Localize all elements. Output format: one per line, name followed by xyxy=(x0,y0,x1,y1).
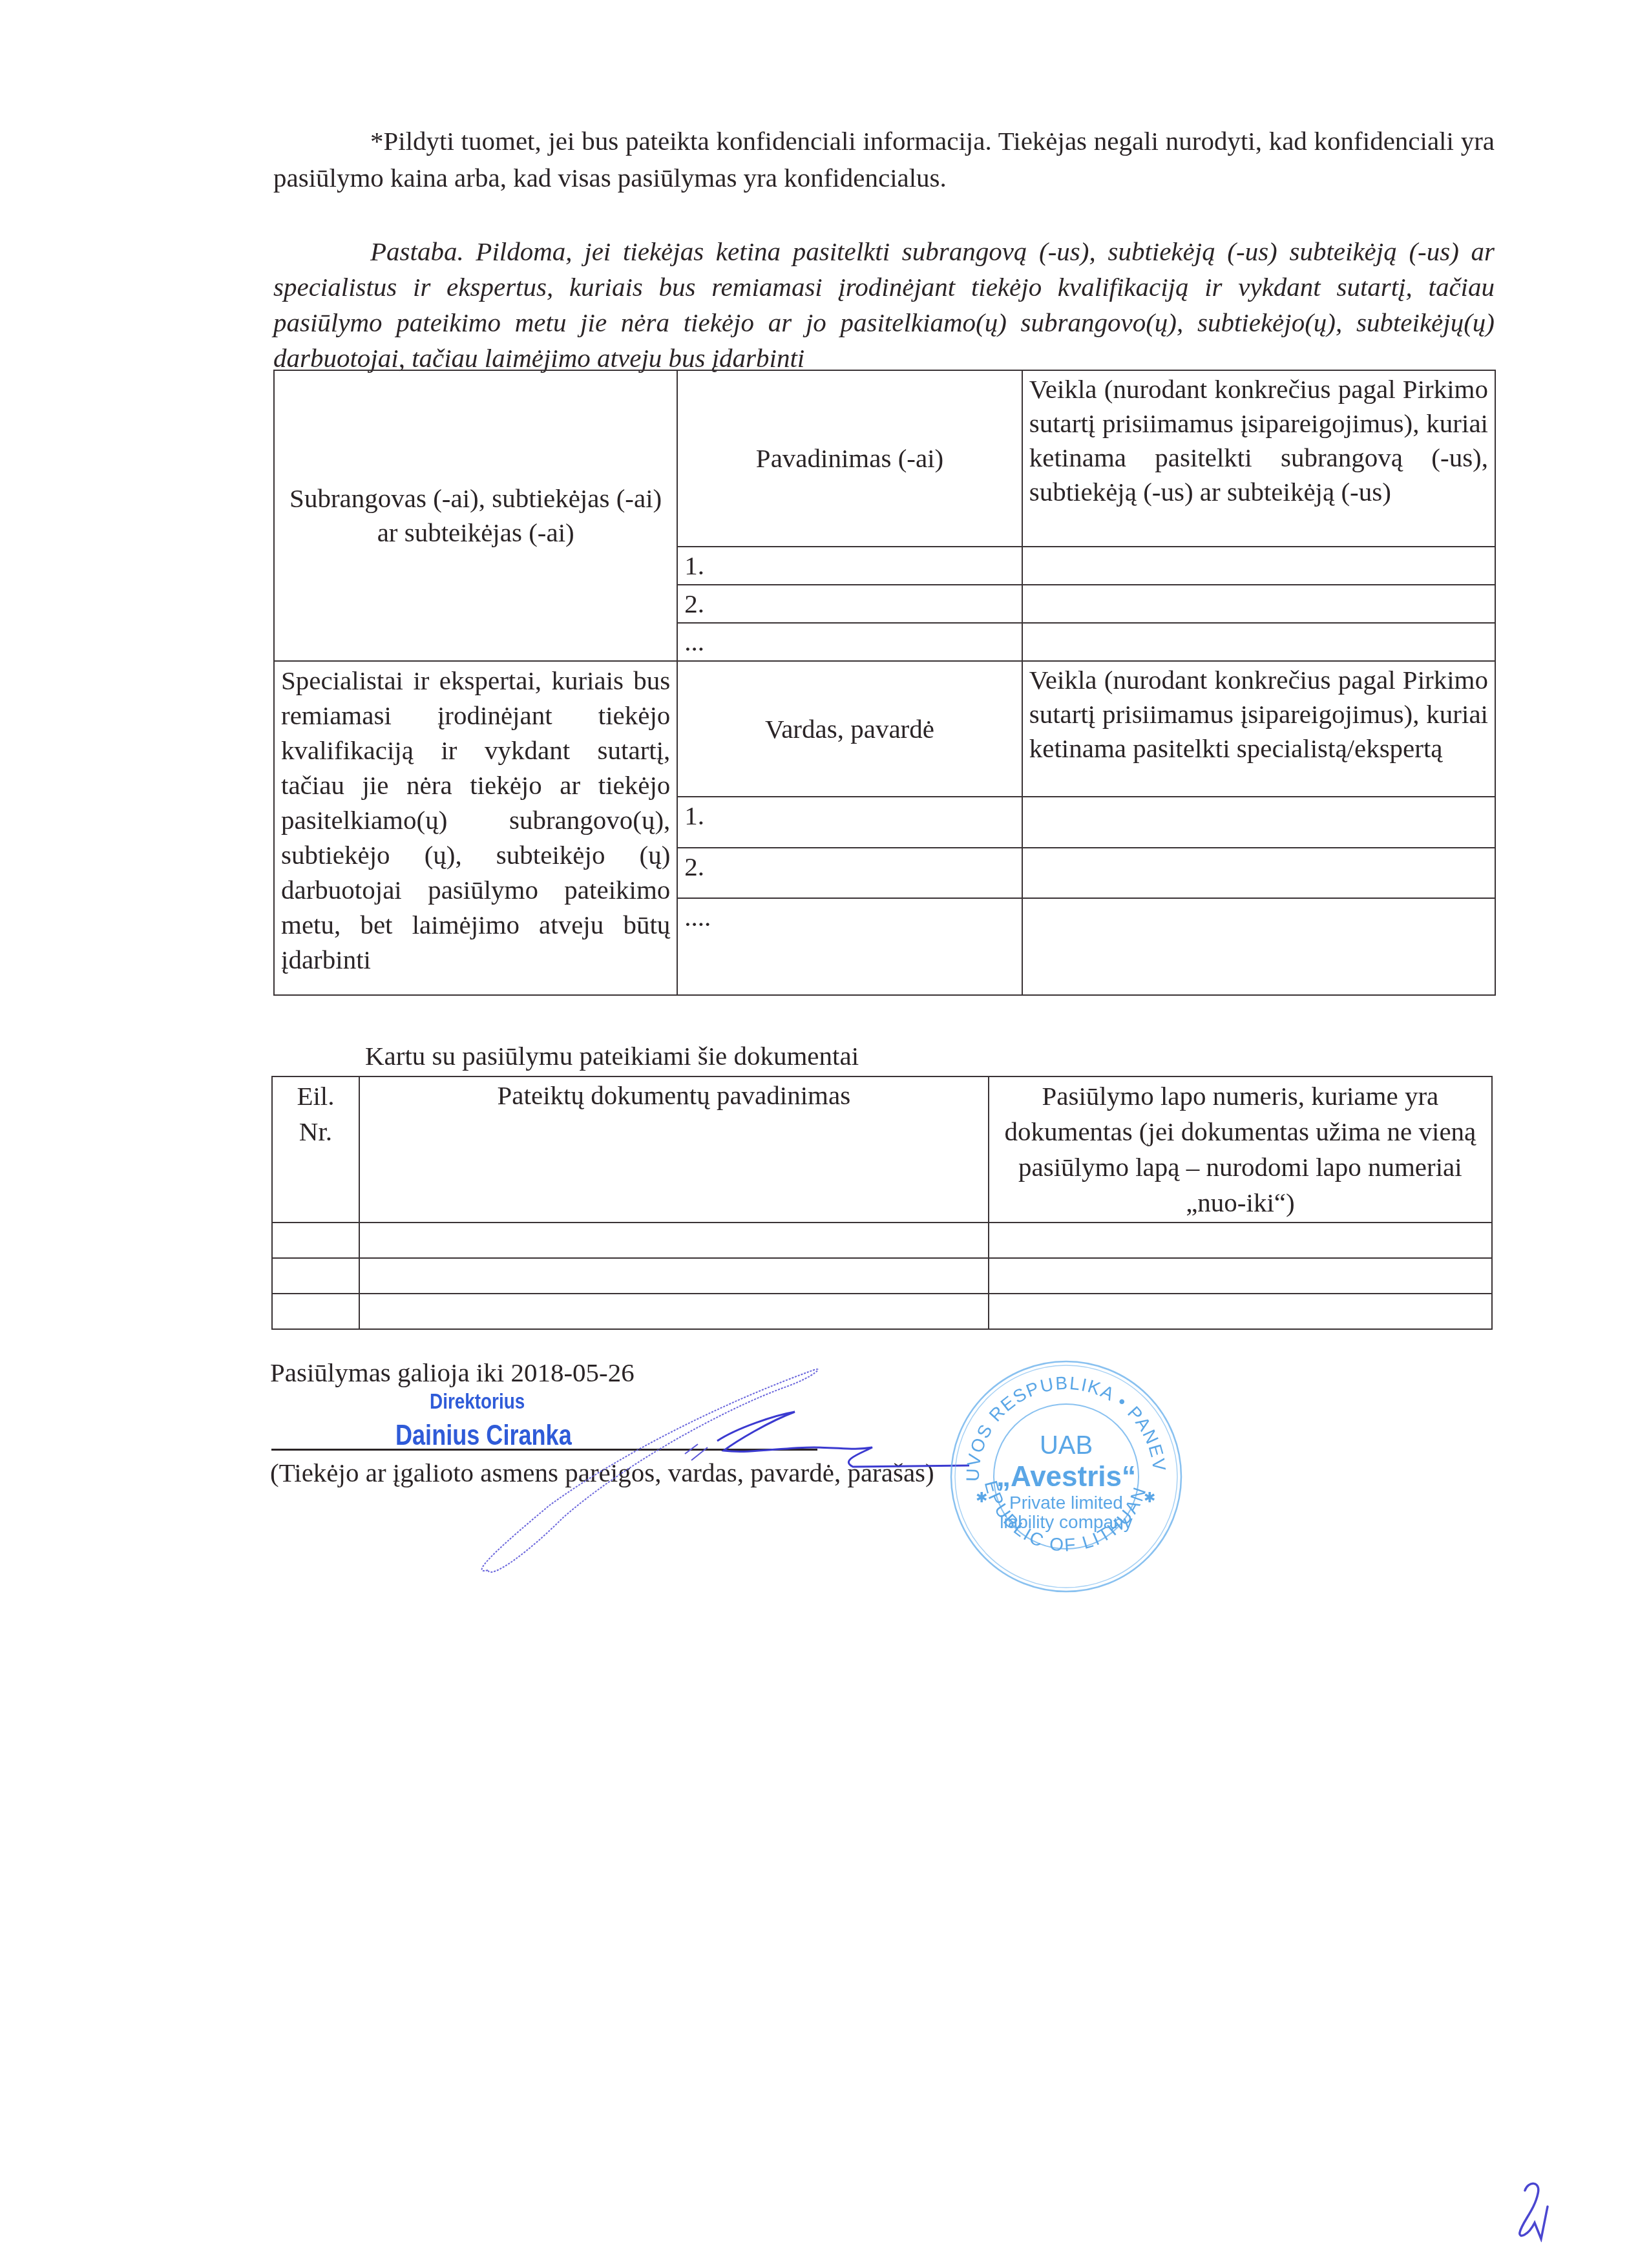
activity-header-text: Veikla (nurodant konkrečius pagal Pirkim… xyxy=(1029,374,1488,507)
documents-table: Eil. Nr. Pateiktų dokumentų pavadinimas … xyxy=(271,1076,1493,1330)
documents-num-header: Eil. Nr. xyxy=(272,1076,359,1223)
subcontractor-row-label: Subrangovas (-ai), subtiekėjas (-ai) ar … xyxy=(274,370,677,661)
documents-caption: Kartu su pasiūlymu pateikiami šie dokume… xyxy=(365,1040,859,1071)
documents-row-1-page[interactable] xyxy=(989,1223,1492,1258)
specialist-row-1-num: 1. xyxy=(677,797,1022,848)
confidentiality-footnote: *Pildyti tuomet, jei bus pateikta konfid… xyxy=(273,123,1495,196)
specialist-row-1-activity[interactable] xyxy=(1022,797,1495,848)
activity-column-header: Veikla (nurodant konkrečius pagal Pirkim… xyxy=(1022,370,1495,547)
svg-text:✱: ✱ xyxy=(976,1489,987,1506)
handwritten-page-number-icon xyxy=(1512,2178,1564,2242)
name-column-header: Pavadinimas (-ai) xyxy=(677,370,1022,547)
stamp-line3: Private limited xyxy=(1009,1493,1123,1513)
stamp-line1: UAB xyxy=(1040,1431,1093,1460)
specialist-activity-column-header: Veikla (nurodant konkrečius pagal Pirkim… xyxy=(1022,661,1495,797)
specialist-name-header-text: Vardas, pavardė xyxy=(765,714,934,744)
specialist-row-3-activity[interactable] xyxy=(1022,898,1495,995)
stamp-line2: „Avestris“ xyxy=(996,1461,1136,1493)
specialist-name-column-header: Vardas, pavardė xyxy=(677,661,1022,797)
documents-row-3-name[interactable] xyxy=(359,1294,989,1329)
subcontractor-label-text: Subrangovas (-ai), subtiekėjas (-ai) ar … xyxy=(289,483,662,547)
documents-name-header: Pateiktų dokumentų pavadinimas xyxy=(359,1076,989,1223)
documents-row-2-page[interactable] xyxy=(989,1258,1492,1294)
subcontractor-row-3-activity[interactable] xyxy=(1022,623,1495,661)
subcontractor-row-1-activity[interactable] xyxy=(1022,547,1495,585)
documents-row-1-num[interactable] xyxy=(272,1223,359,1258)
name-header-text: Pateiktų dokumentų pavadinimas xyxy=(498,1080,851,1110)
subcontractor-note: Pastaba. Pildoma, jei tiekėjas ketina pa… xyxy=(273,234,1495,376)
documents-page-header: Pasiūlymo lapo numeris, kuriame yra doku… xyxy=(989,1076,1492,1223)
specialist-row-2-activity[interactable] xyxy=(1022,848,1495,898)
subcontractor-row-1-num: 1. xyxy=(677,547,1022,585)
subcontractor-row-2-activity[interactable] xyxy=(1022,585,1495,623)
subcontractors-table: Subrangovas (-ai), subtiekėjas (-ai) ar … xyxy=(273,370,1496,996)
specialist-row-2-num: 2. xyxy=(677,848,1022,898)
specialist-label-text: Specialistai ir ekspertai, kuriais bus r… xyxy=(281,666,670,974)
svg-text:✱: ✱ xyxy=(1144,1489,1155,1506)
stamp-line4: liability company xyxy=(1000,1512,1132,1532)
specialist-row-3-num: .... xyxy=(677,898,1022,995)
specialist-activity-header-text: Veikla (nurodant konkrečius pagal Pirkim… xyxy=(1029,665,1488,763)
documents-row-1-name[interactable] xyxy=(359,1223,989,1258)
name-header-text: Pavadinimas (-ai) xyxy=(756,443,943,473)
documents-row-2-num[interactable] xyxy=(272,1258,359,1294)
num-header-text: Eil. Nr. xyxy=(297,1081,334,1146)
specialist-row-label: Specialistai ir ekspertai, kuriais bus r… xyxy=(274,661,677,995)
documents-row-3-page[interactable] xyxy=(989,1294,1492,1329)
page-header-text: Pasiūlymo lapo numeris, kuriame yra doku… xyxy=(1004,1081,1476,1217)
documents-row-3-num[interactable] xyxy=(272,1294,359,1329)
subcontractor-row-3-num: ... xyxy=(677,623,1022,661)
documents-row-2-name[interactable] xyxy=(359,1258,989,1294)
subcontractor-row-2-num: 2. xyxy=(677,585,1022,623)
company-stamp-icon: LIETUVOS RESPUBLIKA • PANEVĖŽYS REPUBLIC… xyxy=(947,1357,1186,1596)
